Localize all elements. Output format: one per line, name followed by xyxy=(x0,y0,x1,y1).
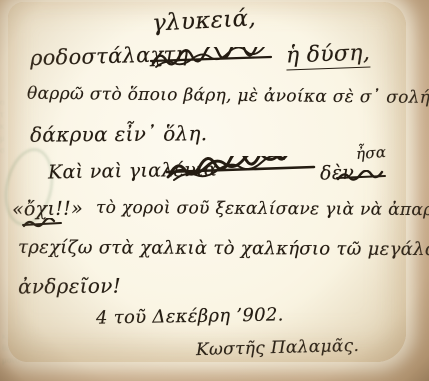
heavy-strikethrough-scribble xyxy=(166,156,316,186)
handwritten-line-6: τρεχίζω στὰ χαλκιὰ τὸ χαλκήσιο τῶ μεγάλα xyxy=(18,237,429,260)
handwritten-line-3: δάκρυα εἶν᾽ ὅλη. xyxy=(30,121,208,147)
date-line: 4 τοῦ Δεκέβρη ’902. xyxy=(96,304,284,328)
manuscript-scan: τὸ με σαι της καὶ τὸ φω σου μια στὸ την … xyxy=(0,0,429,381)
inserted-word-small: ἦσα xyxy=(355,143,386,163)
handwritten-line-5-rest: τὸ χοροὶ σοῦ ξεκαλίσανε γιὰ νὰ ἀπαρτὸ xyxy=(96,198,429,220)
crossed-out-word-scribble xyxy=(150,47,274,73)
small-strikethrough-scribble-under xyxy=(22,218,62,232)
handwritten-line-7: ἀνδρεῖον! xyxy=(18,274,121,299)
signature: Κωστῆς Παλαμᾶς. xyxy=(196,336,360,360)
inserted-word: γλυκειά, xyxy=(151,5,256,36)
handwritten-line-1-end: ἡ δύση, xyxy=(286,41,371,71)
small-strikethrough-scribble-right xyxy=(336,170,386,186)
